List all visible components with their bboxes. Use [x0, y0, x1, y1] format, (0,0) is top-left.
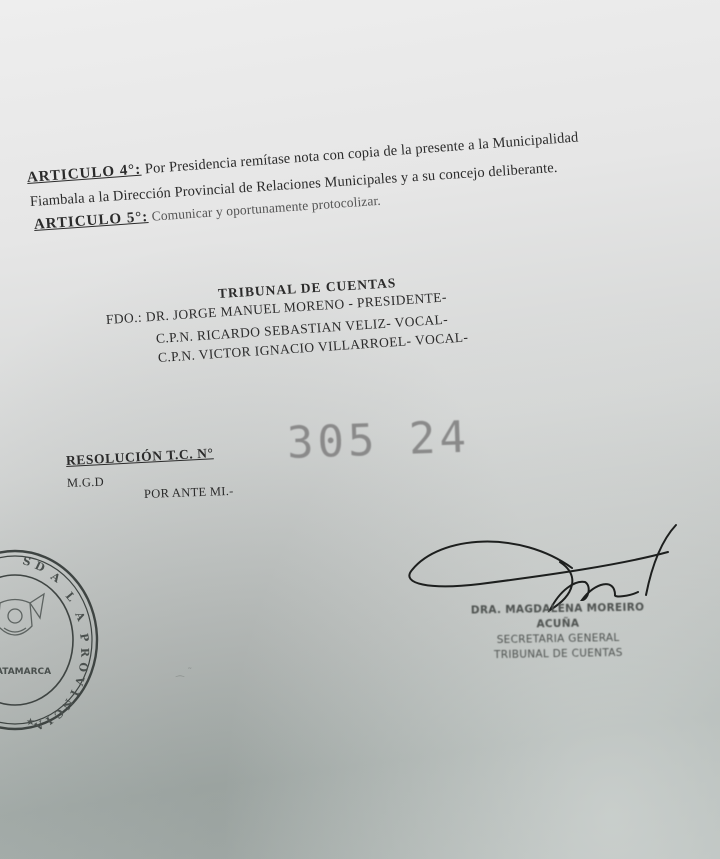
svg-text:L: L [63, 590, 78, 604]
svg-text:D: D [33, 559, 48, 575]
coat-of-arms-icon [0, 594, 44, 635]
signature-name: DRA. MAGDALENA MOREIRO ACUÑA [469, 600, 645, 633]
article-4-label: ARTICULO 4°: [26, 162, 141, 186]
svg-text:I: I [67, 688, 81, 698]
initials: M.G.D [67, 475, 104, 491]
svg-text:A: A [72, 609, 88, 624]
svg-text:R: R [78, 648, 91, 658]
provincial-seal: A L A P R O V I N C I A S D ★ ATAMARCA [0, 548, 100, 733]
por-ante-mi: POR ANTE MI.- [144, 484, 234, 502]
ink-specks: ⁔ ˜ [176, 667, 192, 678]
resolution-number-stamp: 305 24 [286, 412, 471, 469]
fdo-prefix: FDO.: [105, 309, 146, 327]
signature-stamp: DRA. MAGDALENA MOREIRO ACUÑA SECRETARIA … [469, 600, 646, 663]
resolution-label-row: RESOLUCIÓN T.C. N° [66, 444, 214, 470]
svg-text:O: O [76, 662, 90, 673]
seal-center-text: ATAMARCA [0, 667, 51, 677]
svg-text:★: ★ [26, 717, 35, 728]
resolution-label: RESOLUCIÓN T.C. N° [66, 445, 214, 468]
svg-text:P: P [77, 632, 91, 642]
signature-institution: TRIBUNAL DE CUENTAS [470, 645, 646, 663]
article-5-label: ARTICULO 5°: [33, 209, 148, 233]
